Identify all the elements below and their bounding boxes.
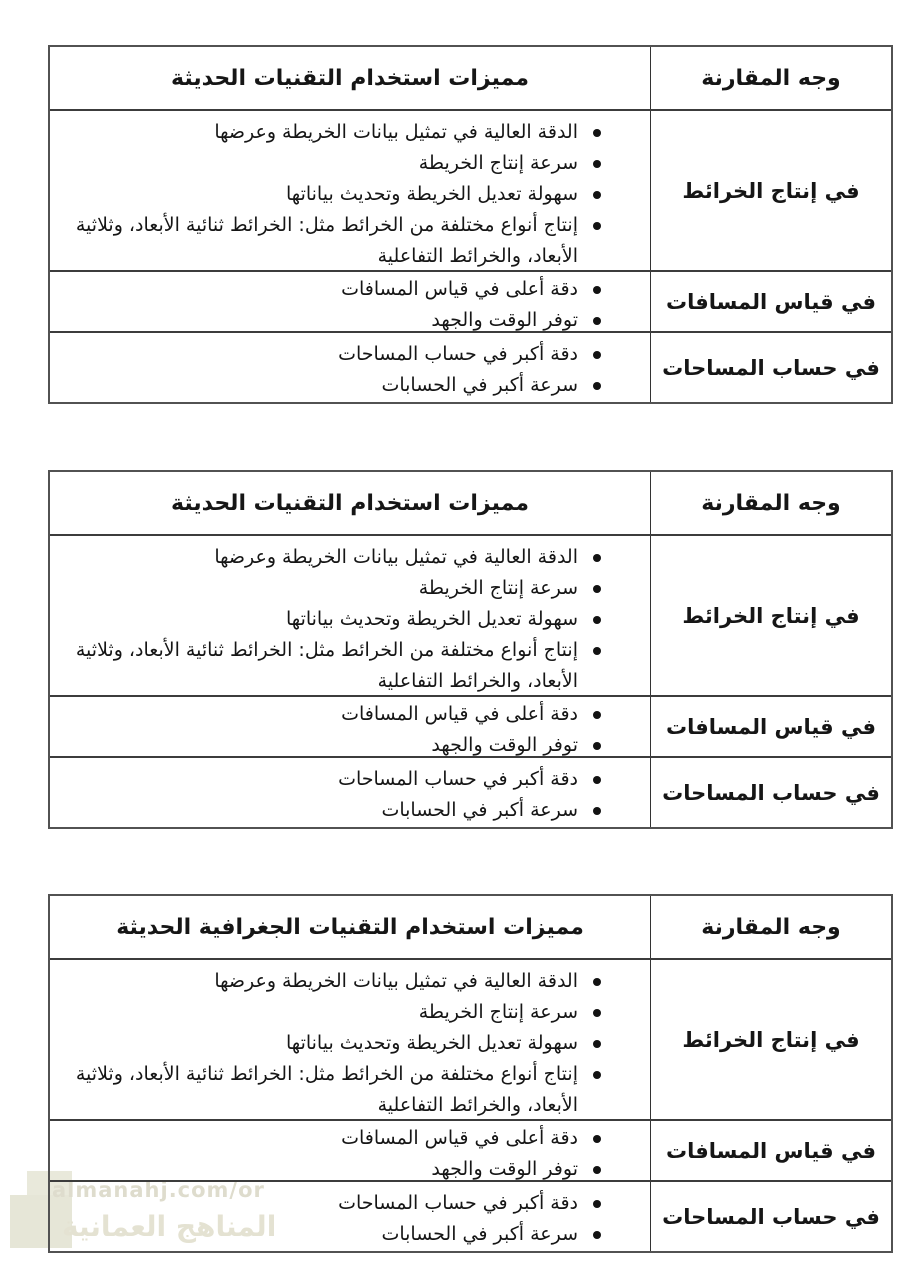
bullet-item: إنتاج أنواع مختلفة من الخرائط مثل: الخرا… [62, 210, 604, 272]
aspect-cell: في إنتاج الخرائط [650, 536, 891, 695]
aspect-cell: في إنتاج الخرائط [650, 960, 891, 1119]
bullet-item: دقة أعلى في قياس المسافات [62, 699, 604, 730]
table-row: في إنتاج الخرائط الدقة العالية في تمثيل … [50, 958, 891, 1119]
header-advantages-cell: مميزات استخدام التقنيات الجغرافية الحديث… [50, 896, 650, 958]
aspect-label: في إنتاج الخرائط [682, 1028, 859, 1052]
table-row: في قياس المسافات دقة أعلى في قياس المساف… [50, 695, 891, 756]
bullet-item: الدقة العالية في تمثيل بيانات الخريطة وع… [62, 117, 604, 148]
advantages-cell: الدقة العالية في تمثيل بيانات الخريطة وع… [50, 536, 650, 695]
bullet-item: سهولة تعديل الخريطة وتحديث بياناتها [62, 179, 604, 210]
advantages-cell: الدقة العالية في تمثيل بيانات الخريطة وع… [50, 960, 650, 1119]
aspect-label: في حساب المساحات [662, 1205, 880, 1229]
bullet-item: دقة أكبر في حساب المساحات [62, 1188, 604, 1219]
bullet-item: إنتاج أنواع مختلفة من الخرائط مثل: الخرا… [62, 1059, 604, 1121]
header-aspect-label: وجه المقارنة [701, 491, 840, 516]
advantages-cell: دقة أكبر في حساب المساحات سرعة أكبر في ا… [50, 758, 650, 827]
advantages-cell: دقة أكبر في حساب المساحات سرعة أكبر في ا… [50, 333, 650, 402]
comparison-table-1: وجه المقارنة مميزات استخدام التقنيات الح… [48, 45, 893, 404]
bullet-item: دقة أكبر في حساب المساحات [62, 339, 604, 370]
advantages-cell: الدقة العالية في تمثيل بيانات الخريطة وع… [50, 111, 650, 270]
bullet-list: دقة أكبر في حساب المساحات سرعة أكبر في ا… [50, 333, 650, 401]
bullet-item: توفر الوقت والجهد [62, 730, 604, 761]
bullet-item: توفر الوقت والجهد [62, 305, 604, 336]
advantages-cell: دقة أعلى في قياس المسافات توفر الوقت وال… [50, 1121, 650, 1180]
aspect-cell: في قياس المسافات [650, 697, 891, 756]
bullet-item: سرعة إنتاج الخريطة [62, 148, 604, 179]
bullet-item: الدقة العالية في تمثيل بيانات الخريطة وع… [62, 542, 604, 573]
bullet-list: دقة أكبر في حساب المساحات سرعة أكبر في ا… [50, 758, 650, 826]
header-aspect-cell: وجه المقارنة [650, 472, 891, 534]
bullet-item: الدقة العالية في تمثيل بيانات الخريطة وع… [62, 966, 604, 997]
advantages-cell: دقة أعلى في قياس المسافات توفر الوقت وال… [50, 697, 650, 756]
table-row: في إنتاج الخرائط الدقة العالية في تمثيل … [50, 534, 891, 695]
aspect-label: في حساب المساحات [662, 356, 880, 380]
table-row: في حساب المساحات دقة أكبر في حساب المساح… [50, 331, 891, 402]
bullet-item: دقة أعلى في قياس المسافات [62, 274, 604, 305]
bullet-item: دقة أعلى في قياس المسافات [62, 1123, 604, 1154]
bullet-item: توفر الوقت والجهد [62, 1154, 604, 1185]
bullet-item: سرعة أكبر في الحسابات [62, 370, 604, 401]
bullet-item: سهولة تعديل الخريطة وتحديث بياناتها [62, 604, 604, 635]
aspect-label: في إنتاج الخرائط [682, 179, 859, 203]
comparison-table-3: وجه المقارنة مميزات استخدام التقنيات الج… [48, 894, 893, 1253]
aspect-label: في قياس المسافات [666, 1139, 876, 1163]
aspect-label: في حساب المساحات [662, 781, 880, 805]
aspect-label: في قياس المسافات [666, 715, 876, 739]
bullet-item: سرعة أكبر في الحسابات [62, 1219, 604, 1250]
table-row: في حساب المساحات دقة أكبر في حساب المساح… [50, 756, 891, 827]
header-advantages-cell: مميزات استخدام التقنيات الحديثة [50, 472, 650, 534]
header-advantages-label: مميزات استخدام التقنيات الحديثة [171, 66, 529, 91]
header-aspect-cell: وجه المقارنة [650, 47, 891, 109]
table-header-row: وجه المقارنة مميزات استخدام التقنيات الح… [50, 47, 891, 109]
header-advantages-label: مميزات استخدام التقنيات الحديثة [171, 491, 529, 516]
aspect-cell: في حساب المساحات [650, 758, 891, 827]
document-page: { "tables": [ { "header": { "advantages"… [0, 0, 910, 1280]
table-row: في إنتاج الخرائط الدقة العالية في تمثيل … [50, 109, 891, 270]
bullet-list: الدقة العالية في تمثيل بيانات الخريطة وع… [50, 960, 650, 1121]
bullet-item: إنتاج أنواع مختلفة من الخرائط مثل: الخرا… [62, 635, 604, 697]
bullet-list: الدقة العالية في تمثيل بيانات الخريطة وع… [50, 536, 650, 697]
bullet-item: دقة أكبر في حساب المساحات [62, 764, 604, 795]
bullet-item: سرعة إنتاج الخريطة [62, 997, 604, 1028]
aspect-cell: في قياس المسافات [650, 272, 891, 331]
bullet-item: سرعة إنتاج الخريطة [62, 573, 604, 604]
header-aspect-cell: وجه المقارنة [650, 896, 891, 958]
bullet-list: الدقة العالية في تمثيل بيانات الخريطة وع… [50, 111, 650, 272]
bullet-list: دقة أعلى في قياس المسافات توفر الوقت وال… [50, 272, 650, 336]
aspect-cell: في حساب المساحات [650, 1182, 891, 1251]
table-header-row: وجه المقارنة مميزات استخدام التقنيات الح… [50, 472, 891, 534]
header-aspect-label: وجه المقارنة [701, 915, 840, 940]
bullet-list: دقة أعلى في قياس المسافات توفر الوقت وال… [50, 1121, 650, 1185]
aspect-label: في قياس المسافات [666, 290, 876, 314]
table-row: في قياس المسافات دقة أعلى في قياس المساف… [50, 270, 891, 331]
bullet-list: دقة أعلى في قياس المسافات توفر الوقت وال… [50, 697, 650, 761]
comparison-table-2: وجه المقارنة مميزات استخدام التقنيات الح… [48, 470, 893, 829]
header-aspect-label: وجه المقارنة [701, 66, 840, 91]
bullet-item: سهولة تعديل الخريطة وتحديث بياناتها [62, 1028, 604, 1059]
header-advantages-label: مميزات استخدام التقنيات الجغرافية الحديث… [116, 915, 584, 940]
aspect-label: في إنتاج الخرائط [682, 604, 859, 628]
bullet-item: سرعة أكبر في الحسابات [62, 795, 604, 826]
bullet-list: دقة أكبر في حساب المساحات سرعة أكبر في ا… [50, 1182, 650, 1250]
table-row: في حساب المساحات دقة أكبر في حساب المساح… [50, 1180, 891, 1251]
aspect-cell: في إنتاج الخرائط [650, 111, 891, 270]
header-advantages-cell: مميزات استخدام التقنيات الحديثة [50, 47, 650, 109]
aspect-cell: في قياس المسافات [650, 1121, 891, 1180]
advantages-cell: دقة أكبر في حساب المساحات سرعة أكبر في ا… [50, 1182, 650, 1251]
advantages-cell: دقة أعلى في قياس المسافات توفر الوقت وال… [50, 272, 650, 331]
aspect-cell: في حساب المساحات [650, 333, 891, 402]
table-row: في قياس المسافات دقة أعلى في قياس المساف… [50, 1119, 891, 1180]
table-header-row: وجه المقارنة مميزات استخدام التقنيات الج… [50, 896, 891, 958]
